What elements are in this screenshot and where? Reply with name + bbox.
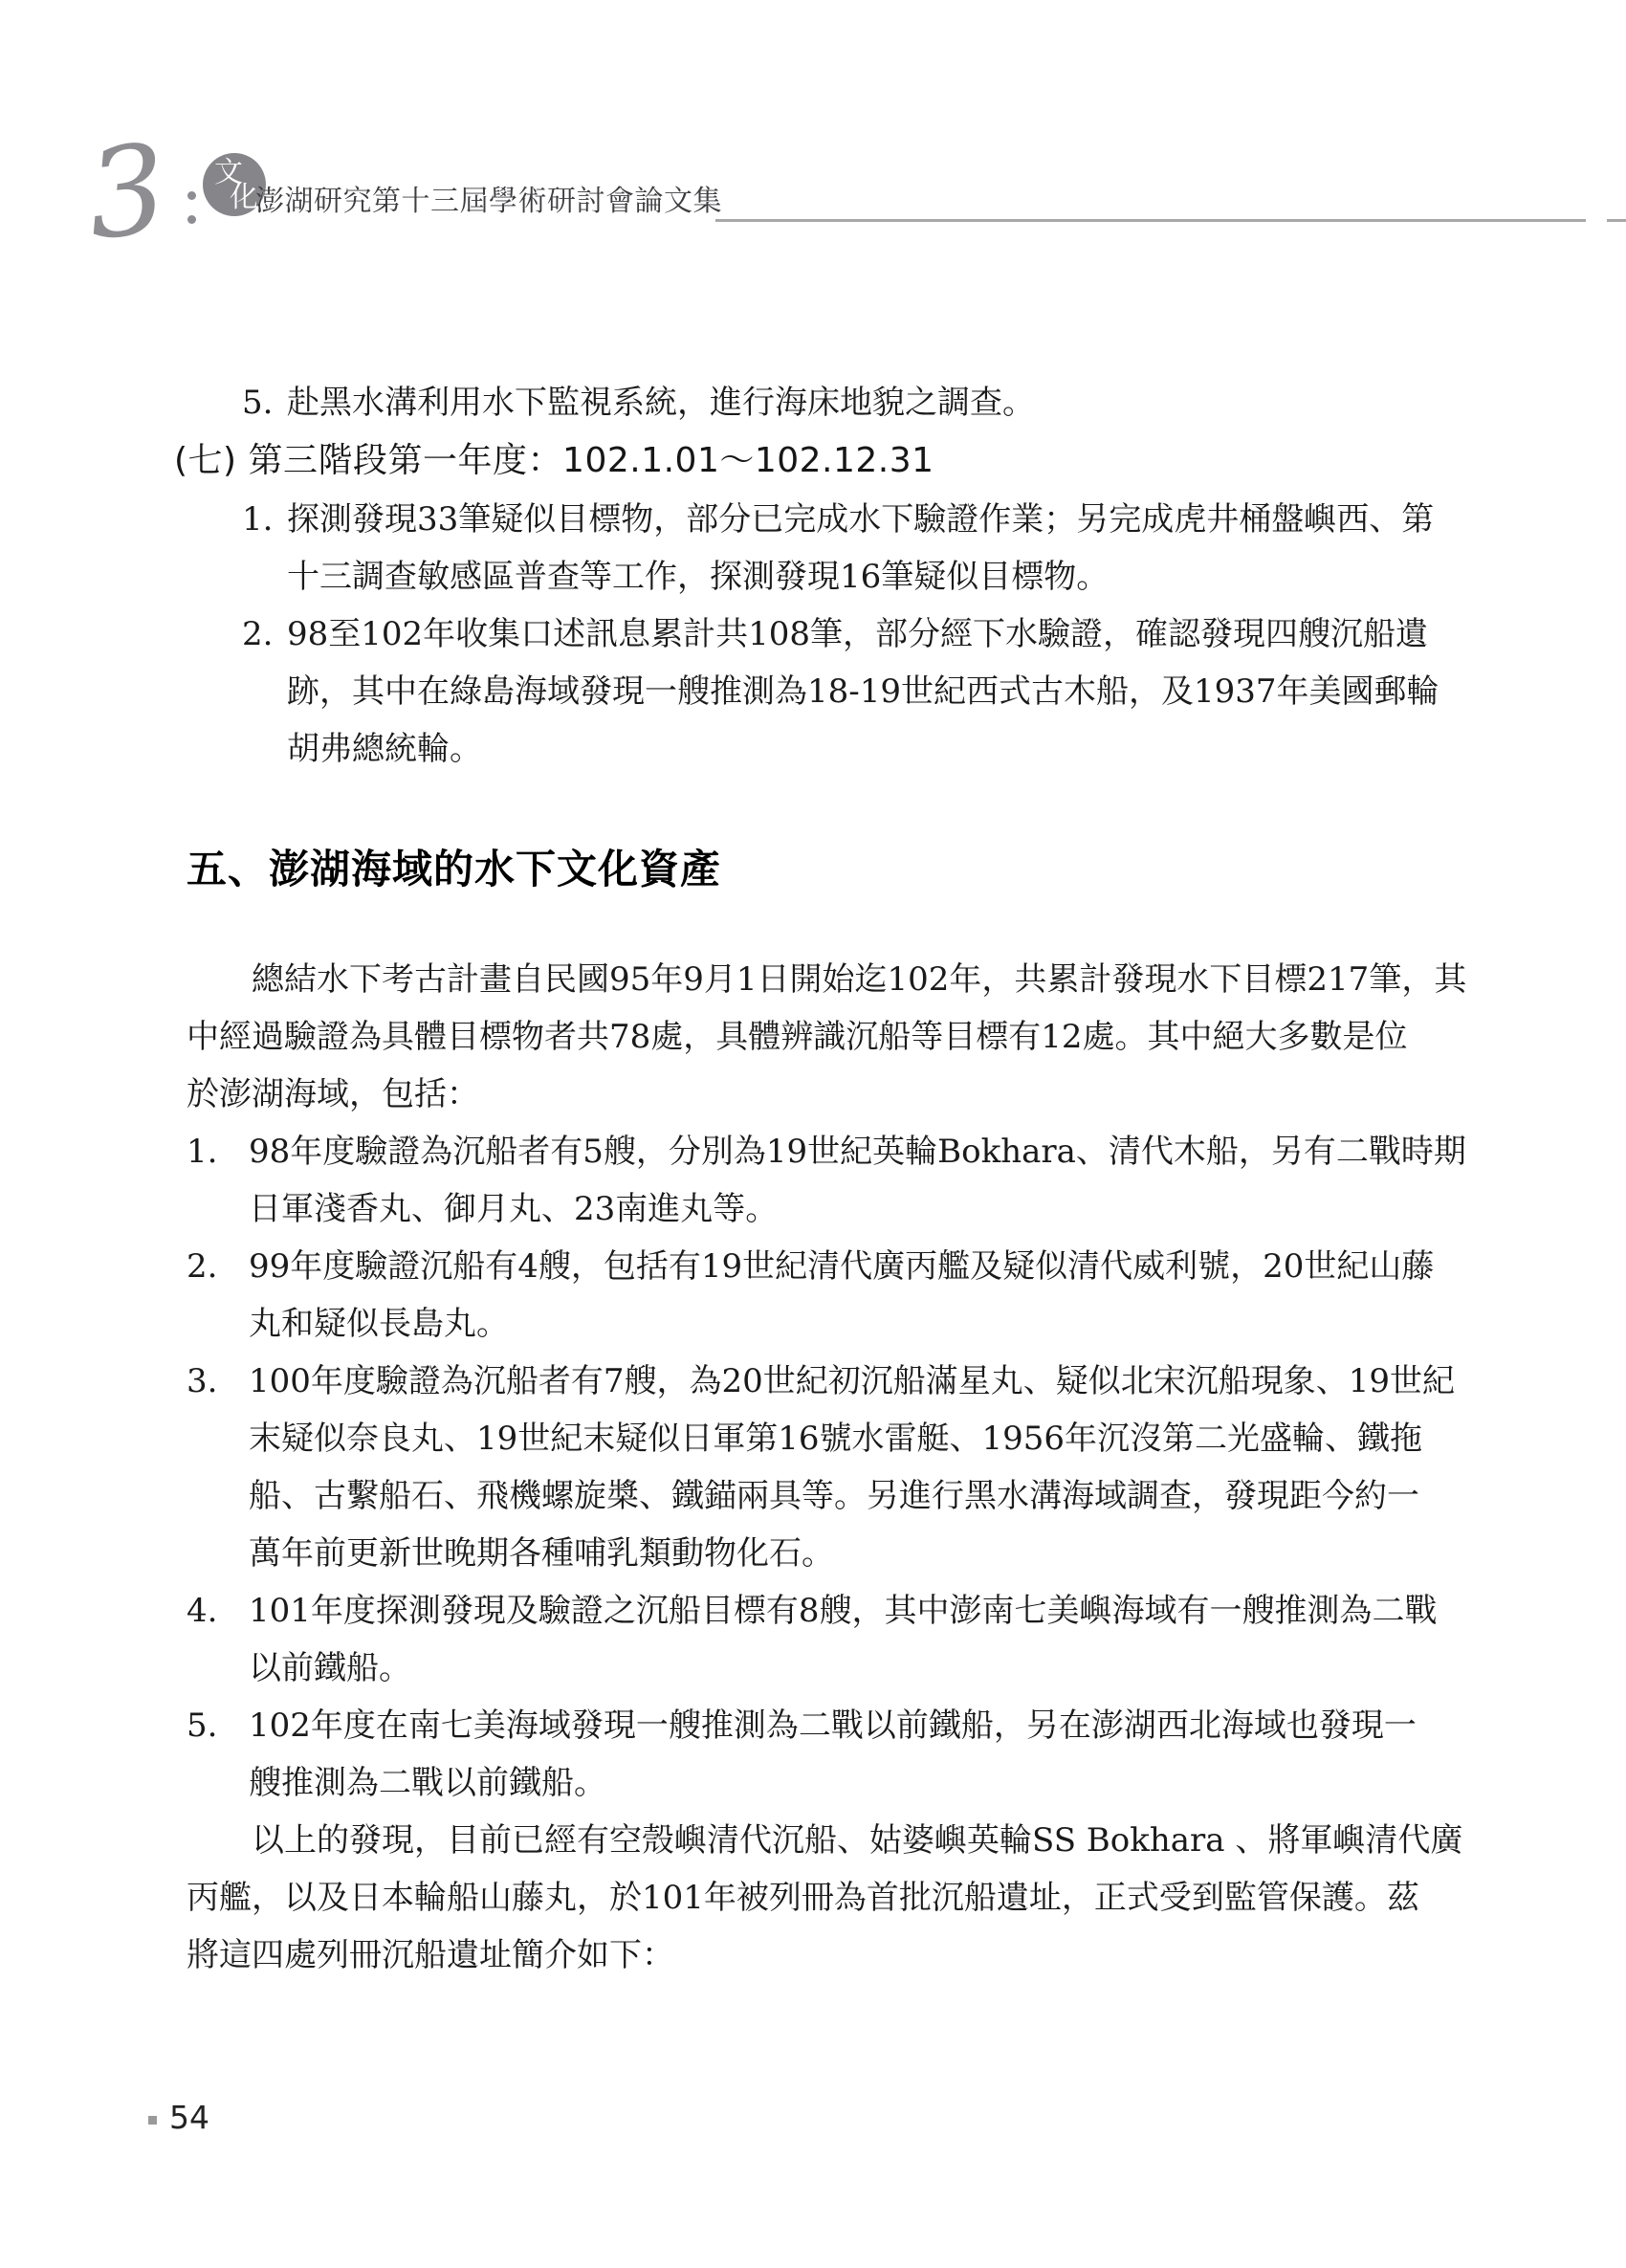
item-line: 2.98至102年收集口述訊息累計共108筆，部分經下水驗證，確認發現四艘沉船遺 xyxy=(242,606,1439,663)
item-line: 船、古繫船石、飛機螺旋槳、鐵錨兩具等。另進行黑水溝海域調查，發現距今約一 xyxy=(187,1467,1466,1525)
item-line: 1.探測發現33筆疑似目標物，部分已完成水下驗證作業；另完成虎井桶盤嶼西、第 xyxy=(242,491,1439,548)
list-item: 4.101年度探測發現及驗證之沉船目標有8艘，其中澎南七美嶼海域有一艘推測為二戰… xyxy=(187,1582,1466,1697)
closing-paragraph: 以上的發現，目前已經有空殼嶼清代沉船、姑婆嶼英輪SS Bokhara 、將軍嶼清… xyxy=(187,1812,1462,1984)
item-line-text: 探測發現33筆疑似目標物，部分已完成水下驗證作業；另完成虎井桶盤嶼西、第 xyxy=(287,500,1434,539)
item-line-text: 102年度在南七美海域發現一艘推測為二戰以前鐵船，另在澎湖西北海域也發現一 xyxy=(249,1707,1417,1745)
item-line: 5.102年度在南七美海域發現一艘推測為二戰以前鐵船，另在澎湖西北海域也發現一 xyxy=(187,1697,1466,1754)
stage-item: 2.98至102年收集口述訊息累計共108筆，部分經下水驗證，確認發現四艘沉船遺… xyxy=(242,606,1439,778)
list-item: 1.98年度驗證為沉船者有5艘，分別為19世紀英輪Bokhara、清代木船，另有… xyxy=(187,1123,1466,1238)
item-line: 十三調查敏感區普查等工作，探測發現16筆疑似目標物。 xyxy=(242,548,1439,606)
paragraph-line: 於澎湖海域，包括： xyxy=(187,1066,1466,1123)
item-line: 末疑似奈良丸、19世紀末疑似日軍第16號水雷艇、1956年沉沒第二光盛輪、鐵拖 xyxy=(187,1410,1466,1467)
item-line: 5.赴黑水溝利用水下監視系統，進行海床地貌之調查。 xyxy=(242,374,1035,431)
item-line: 3.100年度驗證為沉船者有7艘，為20世紀初沉船滿星丸、疑似北宋沉船現象、19… xyxy=(187,1353,1466,1410)
item-line: 4.101年度探測發現及驗證之沉船目標有8艘，其中澎南七美嶼海域有一艘推測為二戰 xyxy=(187,1582,1466,1640)
item-line: 萬年前更新世晚期各種哺乳類動物化石。 xyxy=(187,1525,1466,1582)
paragraph-line: 丙艦，以及日本輪船山藤丸，於101年被列冊為首批沉船遺址，正式受到監管保護。茲 xyxy=(187,1869,1462,1927)
stage-items: 1.探測發現33筆疑似目標物，部分已完成水下驗證作業；另完成虎井桶盤嶼西、第 十… xyxy=(242,491,1439,778)
page-number: 54 xyxy=(169,2101,209,2135)
stage-item: 1.探測發現33筆疑似目標物，部分已完成水下驗證作業；另完成虎井桶盤嶼西、第 十… xyxy=(242,491,1439,606)
paragraph-line: 將這四處列冊沉船遺址簡介如下： xyxy=(187,1927,1462,1984)
intro-paragraph: 總結水下考古計畫自民國95年9月1日開始迄102年，共累計發現水下目標217筆，… xyxy=(187,951,1466,1123)
logo-colon-dots xyxy=(187,191,197,224)
item-line: 丸和疑似長島丸。 xyxy=(187,1295,1466,1353)
prior-list-item: 5.赴黑水溝利用水下監視系統，進行海床地貌之調查。 xyxy=(242,374,1035,431)
item-number: 2. xyxy=(187,1238,249,1295)
item-line: 艘推測為二戰以前鐵船。 xyxy=(187,1754,1466,1812)
header-title: 澎湖研究第十三屆學術研討會論文集 xyxy=(255,186,722,218)
document-page: 3 文 化 澎湖研究第十三屆學術研討會論文集 5.赴黑水溝利用水下監視系統，進行… xyxy=(0,0,1626,2268)
item-number: 5. xyxy=(242,374,287,431)
item-line: 跡，其中在綠島海域發現一艘推測為18-19世紀西式古木船，及1937年美國郵輪 xyxy=(242,663,1439,720)
item-line-text: 98至102年收集口述訊息累計共108筆，部分經下水驗證，確認發現四艘沉船遺 xyxy=(287,615,1428,653)
logo-numeral: 3 xyxy=(82,128,172,258)
page-number-bullet xyxy=(148,2116,157,2125)
item-line: 以前鐵船。 xyxy=(187,1640,1466,1697)
item-line-text: 赴黑水溝利用水下監視系統，進行海床地貌之調查。 xyxy=(287,384,1035,422)
item-line-text: 101年度探測發現及驗證之沉船目標有8艘，其中澎南七美嶼海域有一艘推測為二戰 xyxy=(249,1592,1438,1630)
item-number: 3. xyxy=(187,1353,249,1410)
section-heading: 五、澎湖海域的水下文化資產 xyxy=(187,840,721,899)
item-line-text: 99年度驗證沉船有4艘，包括有19世紀清代廣丙艦及疑似清代威利號，20世紀山藤 xyxy=(249,1247,1434,1286)
header-rule xyxy=(715,219,1586,222)
item-line: 1.98年度驗證為沉船者有5艘，分別為19世紀英輪Bokhara、清代木船，另有… xyxy=(187,1123,1466,1180)
page-footer: 54 xyxy=(148,2101,209,2135)
item-line-text: 100年度驗證為沉船者有7艘，為20世紀初沉船滿星丸、疑似北宋沉船現象、19世紀 xyxy=(249,1362,1455,1400)
item-number: 1. xyxy=(242,491,287,548)
item-number: 4. xyxy=(187,1582,249,1640)
paragraph-line: 總結水下考古計畫自民國95年9月1日開始迄102年，共累計發現水下目標217筆，… xyxy=(187,951,1466,1008)
list-item: 2.99年度驗證沉船有4艘，包括有19世紀清代廣丙艦及疑似清代威利號，20世紀山… xyxy=(187,1238,1466,1353)
item-number: 5. xyxy=(187,1697,249,1754)
findings-list: 1.98年度驗證為沉船者有5艘，分別為19世紀英輪Bokhara、清代木船，另有… xyxy=(187,1123,1466,1812)
item-line: 日軍淺香丸、御月丸、23南進丸等。 xyxy=(187,1180,1466,1238)
logo-char-bottom: 化 xyxy=(230,184,258,212)
list-item: 5.102年度在南七美海域發現一艘推測為二戰以前鐵船，另在澎湖西北海域也發現一 … xyxy=(187,1697,1466,1812)
header-rule-tip xyxy=(1607,219,1626,222)
item-number: 1. xyxy=(187,1123,249,1180)
item-number: 2. xyxy=(242,606,287,663)
item-line: 胡弗總統輪。 xyxy=(242,720,1439,778)
paragraph-line: 中經過驗證為具體目標物者共78處，具體辨識沉船等目標有12處。其中絕大多數是位 xyxy=(187,1008,1466,1066)
stage-heading: (七) 第三階段第一年度：102.1.01～102.12.31 xyxy=(174,432,934,490)
paragraph-line: 以上的發現，目前已經有空殼嶼清代沉船、姑婆嶼英輪SS Bokhara 、將軍嶼清… xyxy=(187,1812,1462,1869)
item-line: 2.99年度驗證沉船有4艘，包括有19世紀清代廣丙艦及疑似清代威利號，20世紀山… xyxy=(187,1238,1466,1295)
item-line-text: 98年度驗證為沉船者有5艘，分別為19世紀英輪Bokhara、清代木船，另有二戰… xyxy=(249,1133,1466,1171)
list-item: 3.100年度驗證為沉船者有7艘，為20世紀初沉船滿星丸、疑似北宋沉船現象、19… xyxy=(187,1353,1466,1582)
